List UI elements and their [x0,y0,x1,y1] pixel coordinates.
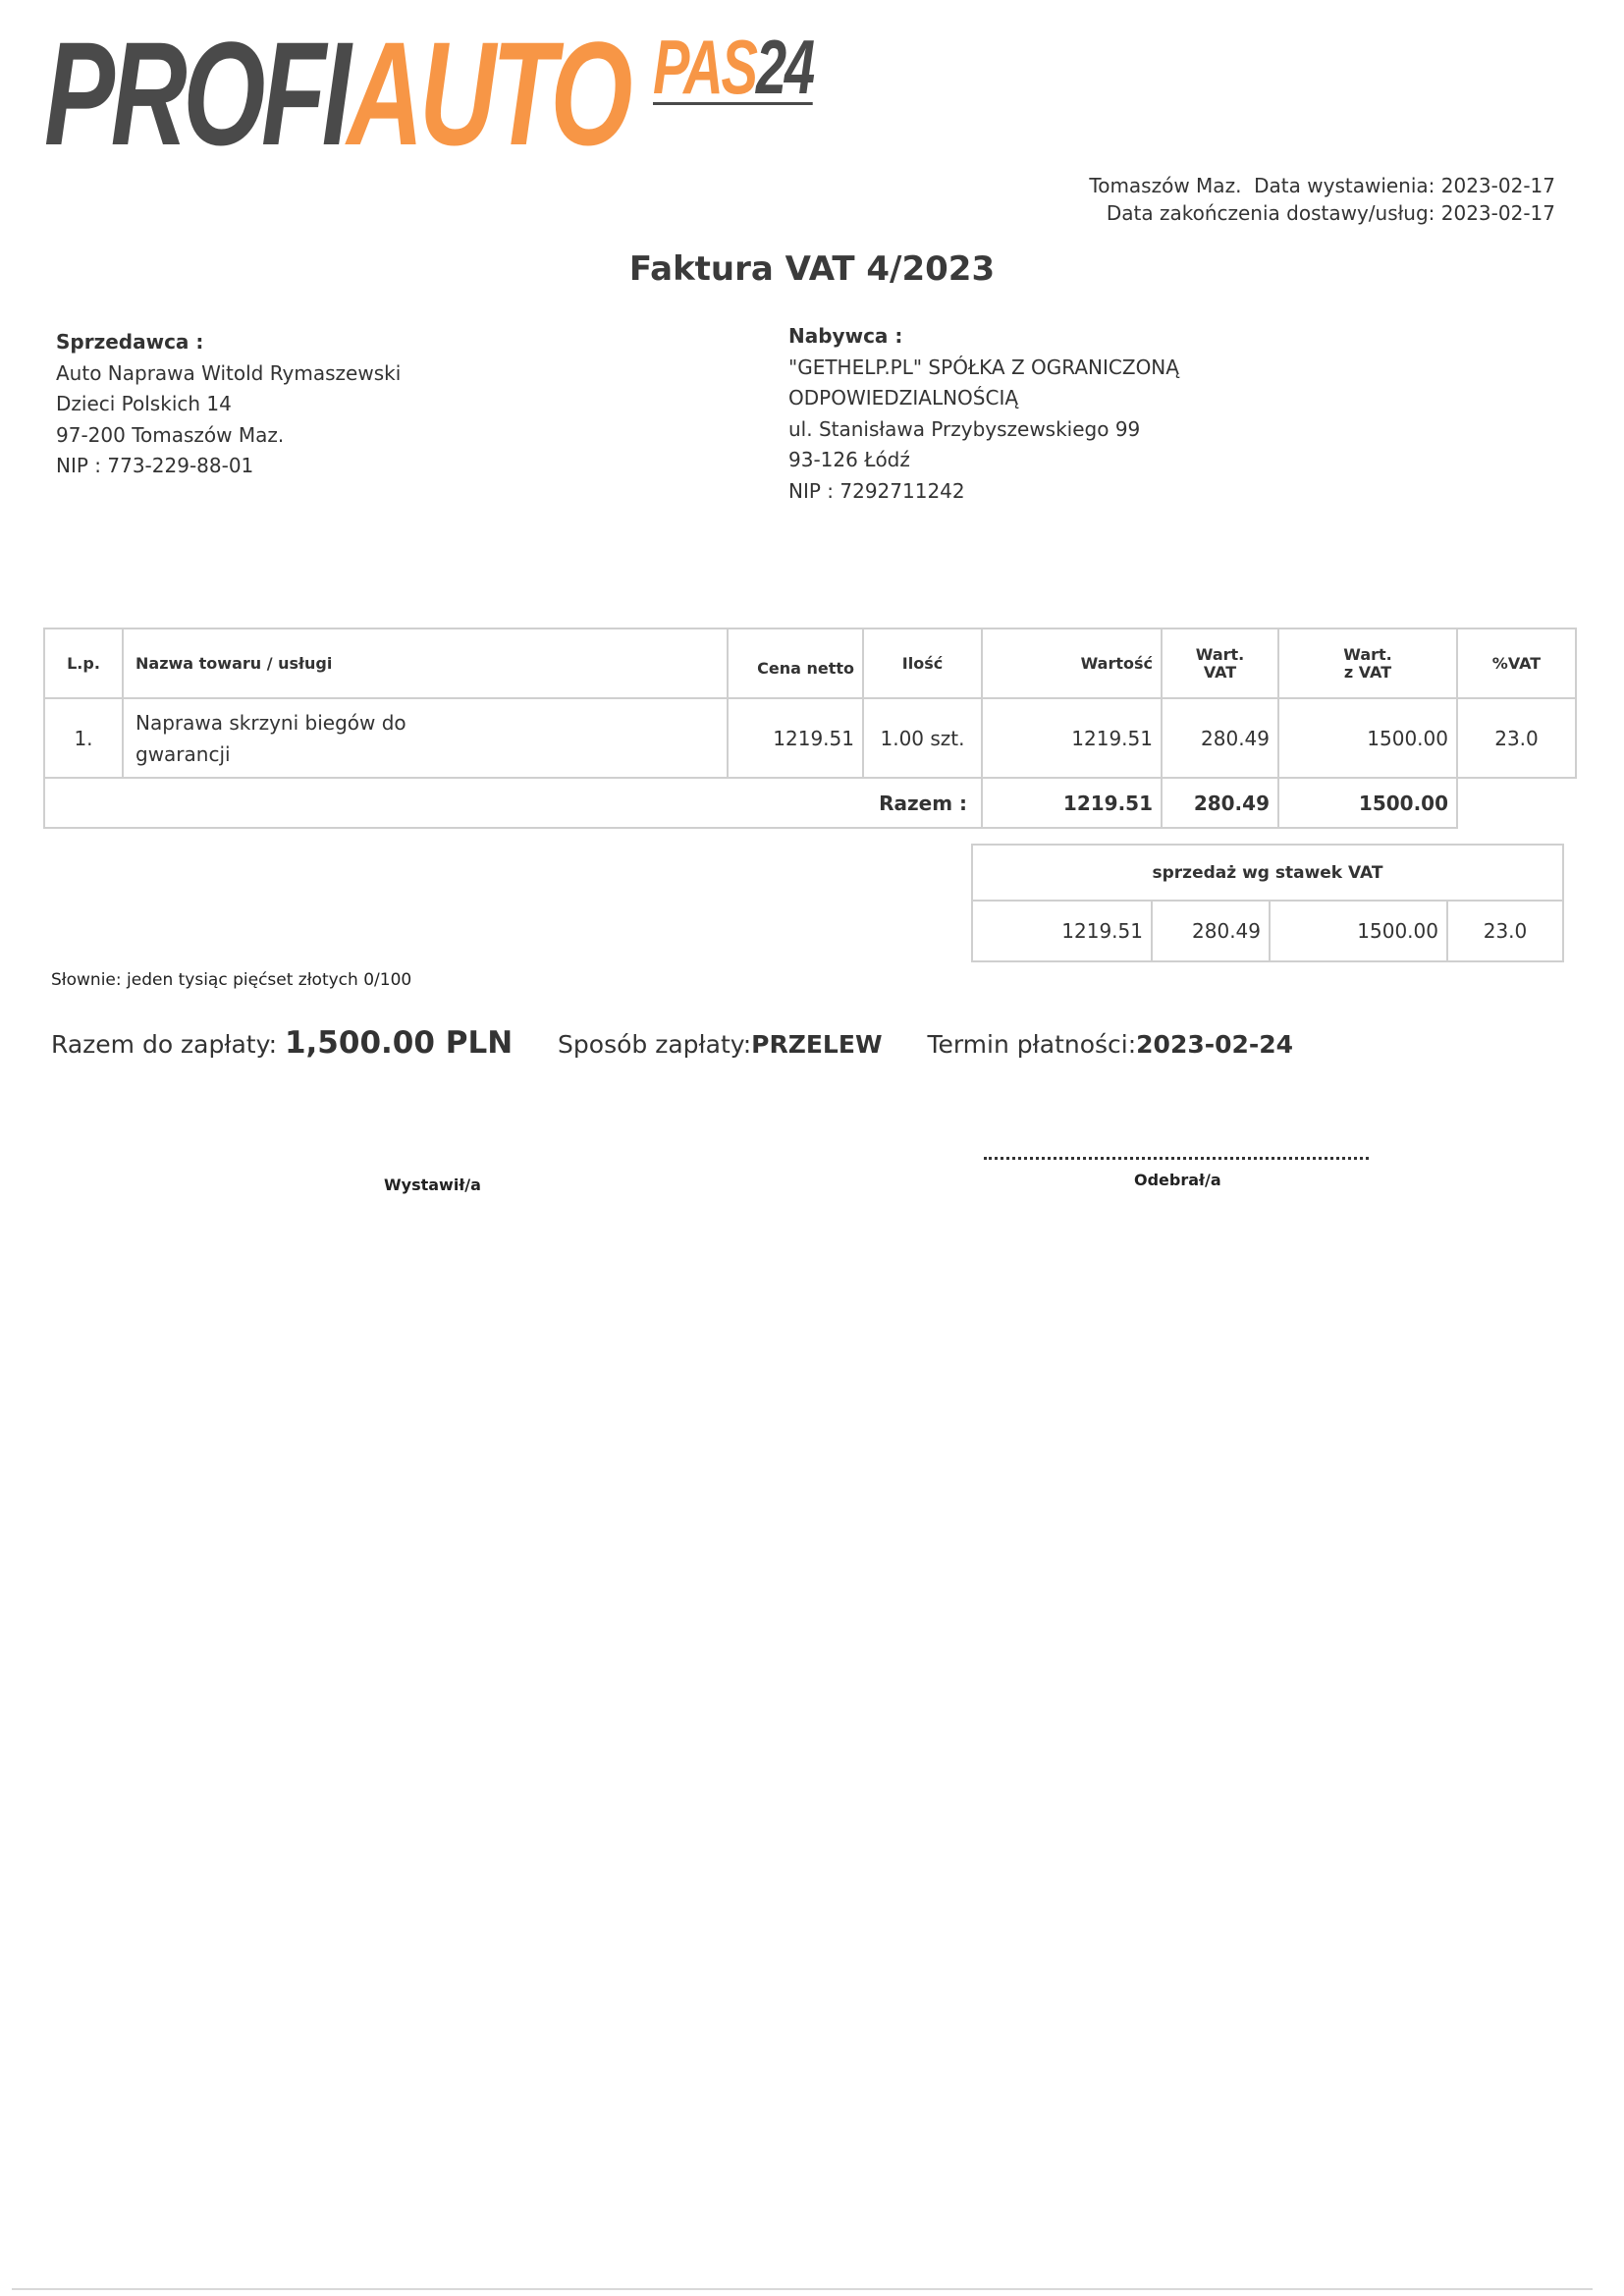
buyer-block: Nabywca : "GETHELP.PL" SPÓŁKA Z OGRANICZ… [788,321,1179,507]
delivery-date: Data zakończenia dostawy/usług: 2023-02-… [1089,199,1555,227]
row-vat-value: 280.49 [1162,698,1278,778]
logo-profi: PROFI [44,11,347,176]
buyer-name-line1: "GETHELP.PL" SPÓŁKA Z OGRANICZONĄ [788,353,1179,384]
col-gross-value: Wart.z VAT [1278,629,1457,698]
seller-nip: NIP : 773-229-88-01 [56,451,401,482]
total-due-label: Razem do zapłaty: [51,1030,277,1059]
buyer-city: 93-126 Łódź [788,445,1179,476]
col-lp: L.p. [44,629,123,698]
seller-label: Sprzedawca : [56,327,401,358]
receiver-signature-line [984,1157,1369,1160]
invoice-title: Faktura VAT 4/2023 [0,249,1624,289]
invoice-dates: Tomaszów Maz. Data wystawienia: 2023-02-… [1089,172,1555,227]
buyer-label: Nabywca : [788,321,1179,353]
payment-summary: Razem do zapłaty: 1,500.00 PLN Sposób za… [51,1025,1293,1061]
row-name-line2: gwarancji [135,738,719,770]
col-gross-value-line2: z VAT [1287,664,1448,682]
due-date-value: 2023-02-24 [1136,1030,1293,1059]
col-net-price: Cena netto [728,629,863,698]
issuer-signature-label: Wystawił/a [384,1175,481,1194]
row-name: Naprawa skrzyni biegów dogwarancji [123,698,728,778]
totals-gross-value: 1500.00 [1278,778,1457,828]
row-value: 1219.51 [982,698,1162,778]
payment-method-label: Sposób zapłaty: [558,1030,751,1059]
col-vat-value-line2: VAT [1170,664,1270,682]
total-due-value: 1,500.00 PLN [285,1025,513,1061]
logo-pas24: PAS24 [653,32,813,105]
vat-summary-gross: 1500.00 [1270,901,1447,961]
row-lp: 1. [44,698,123,778]
col-vat-value-line1: Wart. [1170,646,1270,664]
col-vat-value: Wart.VAT [1162,629,1278,698]
vat-summary-vat: 280.49 [1152,901,1270,961]
seller-block: Sprzedawca : Auto Naprawa Witold Rymasze… [56,327,401,482]
totals-label: Razem : [44,778,982,828]
items-table: L.p. Nazwa towaru / usługi Cena netto Il… [43,628,1577,829]
seller-street: Dzieci Polskich 14 [56,389,401,420]
issue-date: Tomaszów Maz. Data wystawienia: 2023-02-… [1089,172,1555,199]
receiver-signature-label: Odebrał/a [1134,1171,1221,1189]
row-gross-value: 1500.00 [1278,698,1457,778]
scan-edge-divider [12,2288,1593,2290]
vat-summary-rate: 23.0 [1447,901,1563,961]
row-net-price: 1219.51 [728,698,863,778]
vat-summary-header: sprzedaż wg stawek VAT [972,845,1563,901]
col-gross-value-line1: Wart. [1287,646,1448,664]
row-name-line1: Naprawa skrzyni biegów do [135,707,719,738]
col-value: Wartość [982,629,1162,698]
buyer-name-line2: ODPOWIEDZIALNOŚCIĄ [788,383,1179,414]
col-qty: Ilość [863,629,982,698]
row-qty: 1.00 szt. [863,698,982,778]
totals-value: 1219.51 [982,778,1162,828]
seller-name: Auto Naprawa Witold Rymaszewski [56,358,401,390]
amount-in-words: Słownie: jeden tysiąc pięćset złotych 0/… [51,970,411,990]
due-date-label: Termin płatności: [927,1030,1136,1059]
logo-auto: AUTO [347,11,628,176]
row-vat-rate: 23.0 [1457,698,1576,778]
logo-wordmark: PROFIAUTO [44,27,628,160]
vat-summary-net: 1219.51 [972,901,1152,961]
buyer-street: ul. Stanisława Przybyszewskiego 99 [788,414,1179,446]
vat-summary-row: 1219.51 280.49 1500.00 23.0 [972,901,1563,961]
vat-summary-table: sprzedaż wg stawek VAT 1219.51 280.49 15… [971,844,1564,962]
totals-vat-value: 280.49 [1162,778,1278,828]
payment-method-value: PRZELEW [751,1030,882,1059]
col-vat-rate: %VAT [1457,629,1576,698]
seller-city: 97-200 Tomaszów Maz. [56,420,401,452]
table-row: 1. Naprawa skrzyni biegów dogwarancji 12… [44,698,1576,778]
totals-empty [1457,778,1576,828]
totals-row: Razem : 1219.51 280.49 1500.00 [44,778,1576,828]
logo-24: 24 [756,24,813,110]
items-table-header: L.p. Nazwa towaru / usługi Cena netto Il… [44,629,1576,698]
col-name: Nazwa towaru / usługi [123,629,728,698]
buyer-nip: NIP : 7292711242 [788,476,1179,508]
logo-pas: PAS [653,24,756,110]
